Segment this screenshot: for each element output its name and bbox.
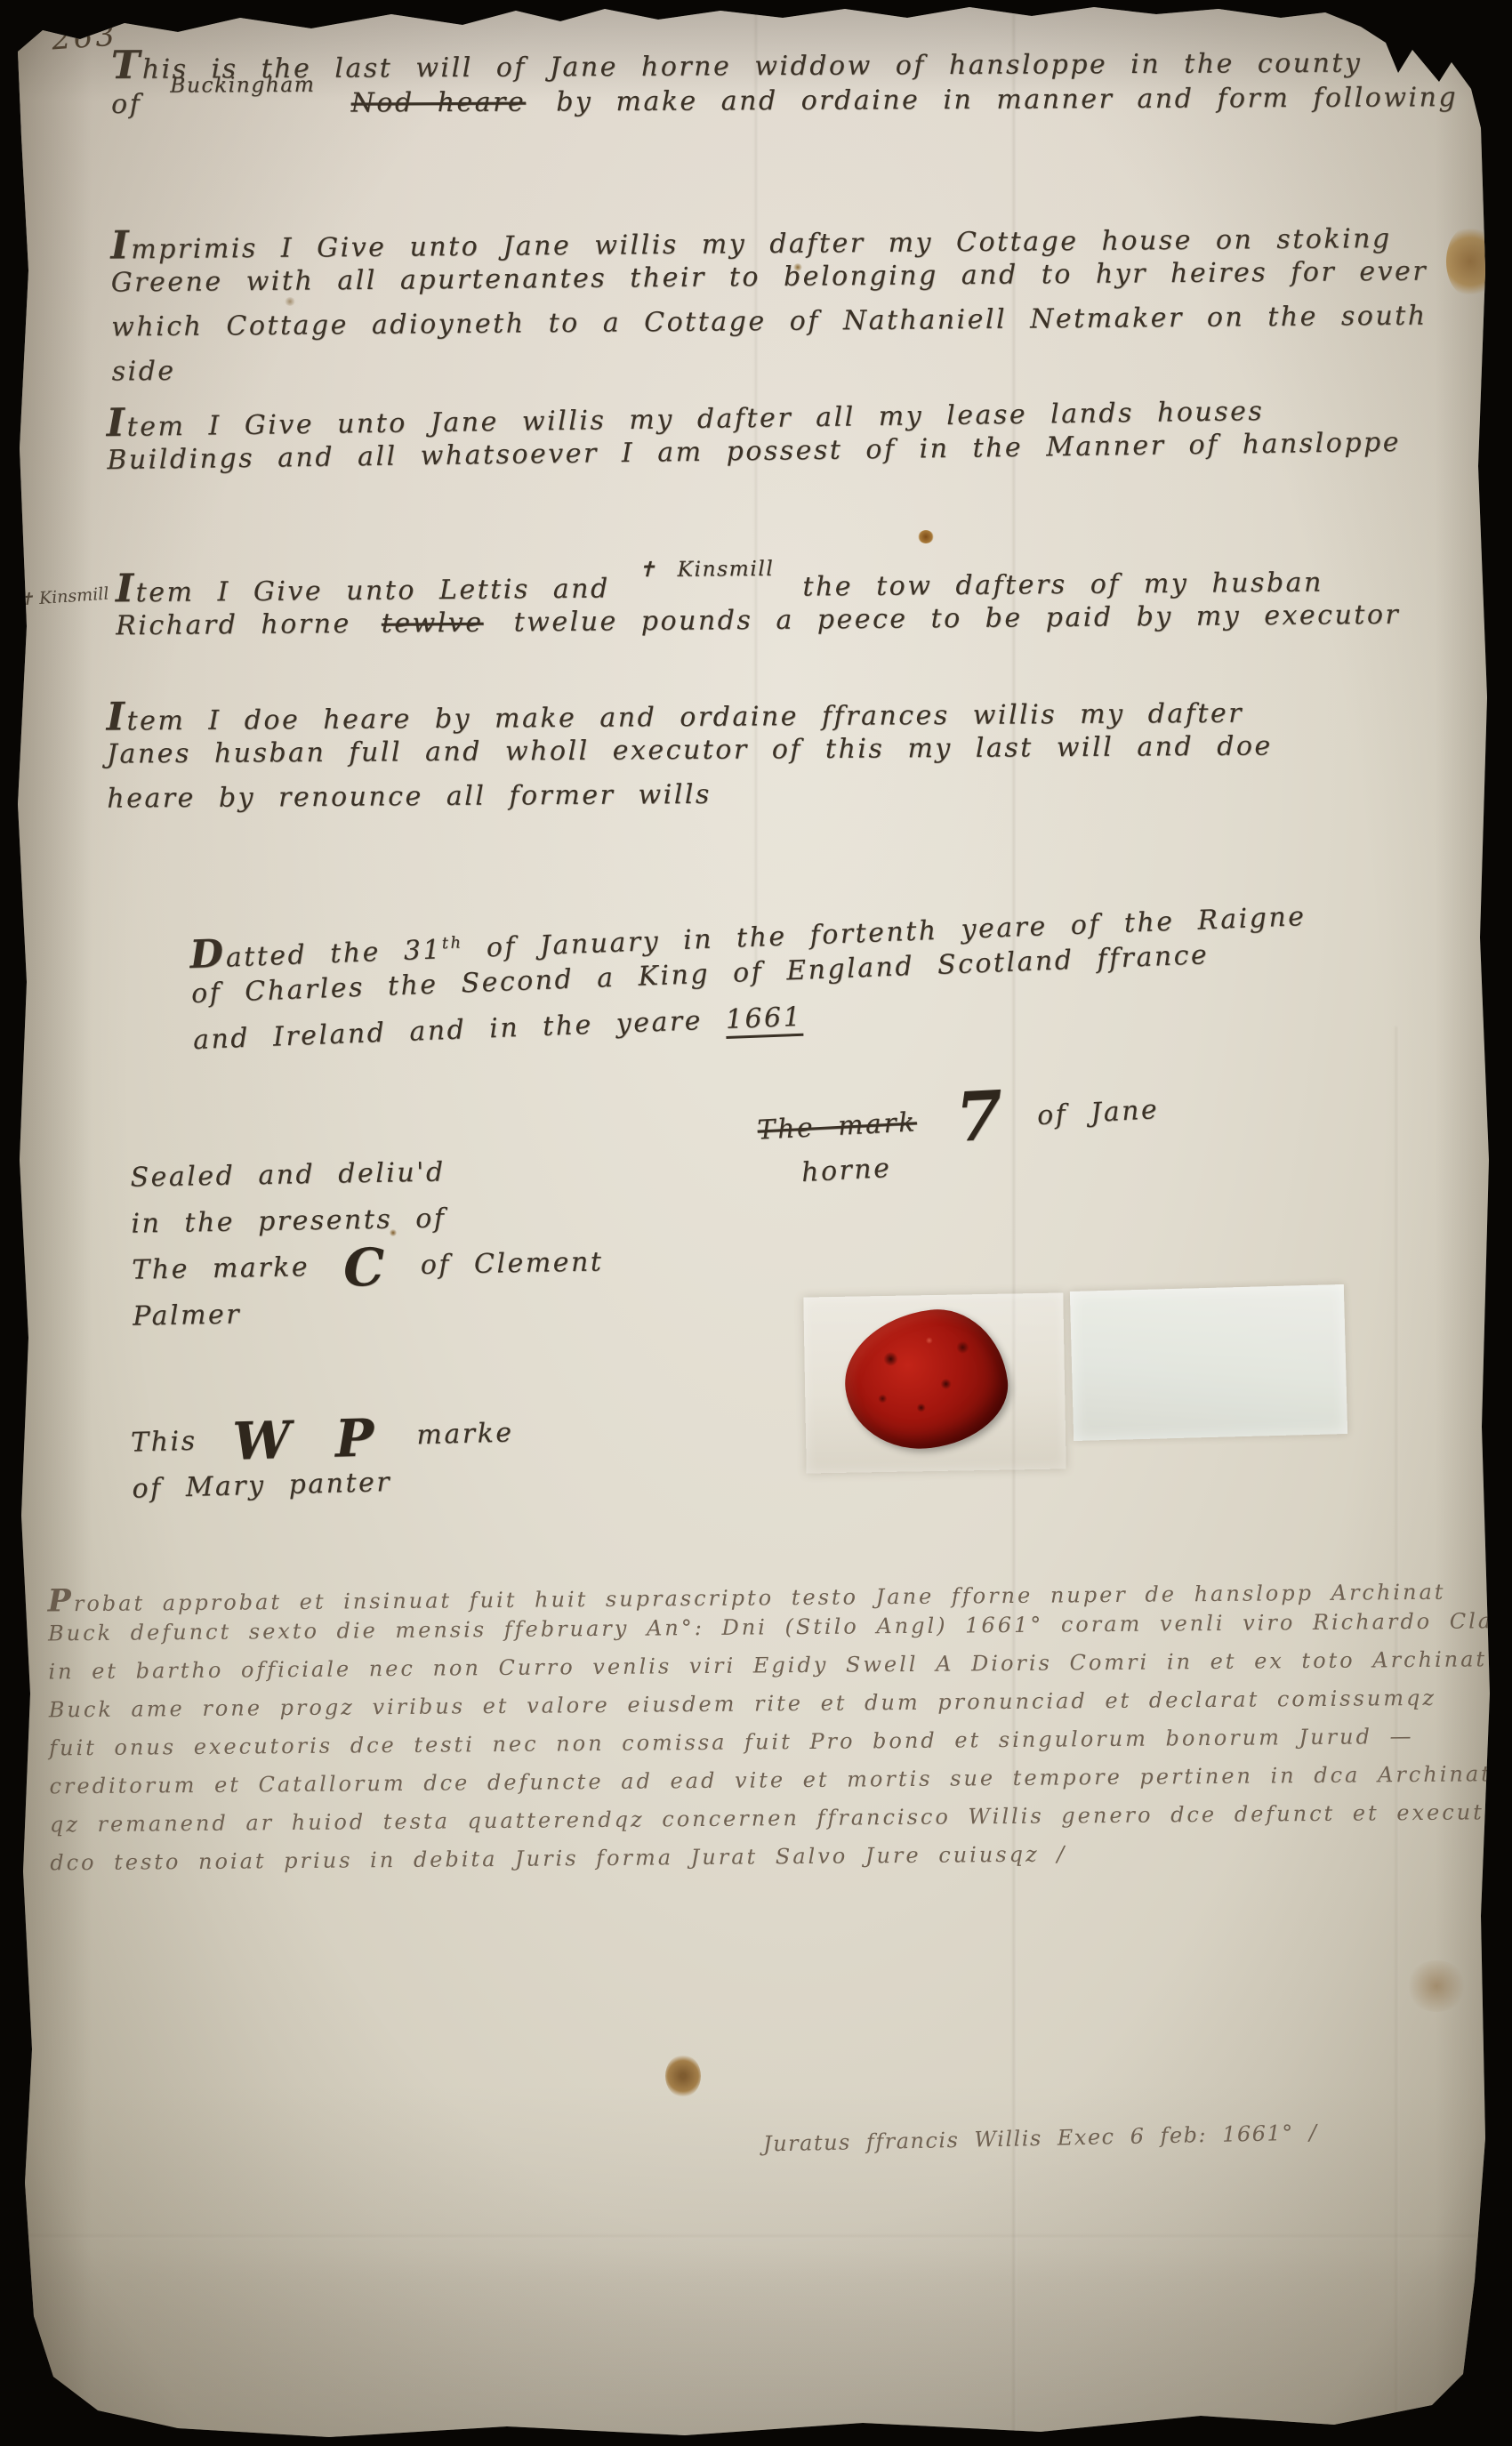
- text-line: Item I doe heare by make and ordaine ffr…: [106, 686, 1272, 738]
- probate-clause: Probat approbat et insinuat fuit huit su…: [48, 1570, 1512, 1889]
- text-segment: the tow dafters of my husban: [802, 567, 1323, 602]
- stain: [918, 530, 934, 543]
- dating-paragraph: Datted the 31th of January in the forten…: [189, 889, 1310, 1071]
- executor-paragraph: Item I doe heare by make and ordaine ffr…: [106, 686, 1273, 827]
- text-line: of Mary panter: [132, 1463, 516, 1519]
- legacy-paragraph: Item I Give unto Lettis and ✝ Kinsmill t…: [116, 555, 1401, 656]
- testator-signature: The mark 7 of Jane horne: [750, 1094, 1163, 1204]
- text-line: of Buckingham Nod heare by make and orda…: [111, 82, 1458, 135]
- text-line: The marke C of Clement: [132, 1246, 604, 1300]
- text-line: heare by renounce all former wills: [107, 775, 1273, 827]
- text-segment: marke: [416, 1417, 514, 1451]
- margin-note: ✝ Kinsmill: [19, 584, 109, 610]
- clement-palmer-mark: C: [343, 1237, 388, 1299]
- stain: [1405, 1960, 1468, 2012]
- text-segment: twelue pounds a peece to be paid by my e…: [513, 599, 1400, 639]
- lease-lands-paragraph: Item I Give unto Jane willis my dafter a…: [106, 382, 1401, 489]
- underlined-year: 1661: [725, 1002, 803, 1039]
- mary-panter-mark: W P: [232, 1407, 382, 1471]
- jane-horne-mark: 7: [953, 1075, 1007, 1157]
- text-line: Palmer: [133, 1292, 605, 1347]
- paper-patch: [1070, 1284, 1347, 1441]
- text-segment: This: [131, 1426, 197, 1459]
- text-segment: of Clement: [420, 1246, 603, 1281]
- struck-text: Nod heare: [351, 87, 527, 119]
- opening-paragraph: This is the last will of Jane horne widd…: [111, 36, 1459, 135]
- interlined-insertion: Buckingham: [170, 72, 315, 98]
- stain: [665, 2055, 701, 2097]
- photo-backdrop: { "page_number": "263", "colors": { "pap…: [0, 0, 1512, 2446]
- text-segment: by make and ordaine in manner and form f…: [556, 82, 1458, 117]
- struck-text: tewlve: [382, 607, 484, 640]
- interlined-insertion: ✝ Kinsmill: [638, 556, 774, 582]
- struck-text: The mark: [757, 1106, 918, 1146]
- text-segment: Richard horne: [116, 608, 351, 641]
- mary-panter-block: This W P marke of Mary panter: [131, 1417, 516, 1519]
- imprimis-paragraph: Imprimis I Give unto Jane willis my daft…: [110, 212, 1428, 401]
- text-segment: Datted the 31: [189, 934, 443, 975]
- text-segment: of Jane: [1036, 1094, 1160, 1131]
- document-page: 263 This is the last will of Jane horne …: [18, 4, 1494, 2442]
- fold-crease: [754, 4, 760, 982]
- text-segment: The marke: [132, 1251, 310, 1285]
- witness-block: Sealed and deliu'd in the presents of Th…: [130, 1154, 605, 1347]
- text-line: Janes husban full and wholl executor of …: [107, 730, 1273, 783]
- fold-crease: [18, 2234, 1494, 2240]
- text-segment: Item I Give unto Lettis and: [116, 573, 610, 608]
- stain: [1446, 226, 1494, 297]
- page-number: 263: [51, 17, 119, 57]
- ordinal-superscript: th: [441, 933, 463, 953]
- text-segment: of: [111, 89, 141, 120]
- text-line: Sealed and deliu'd: [130, 1154, 602, 1208]
